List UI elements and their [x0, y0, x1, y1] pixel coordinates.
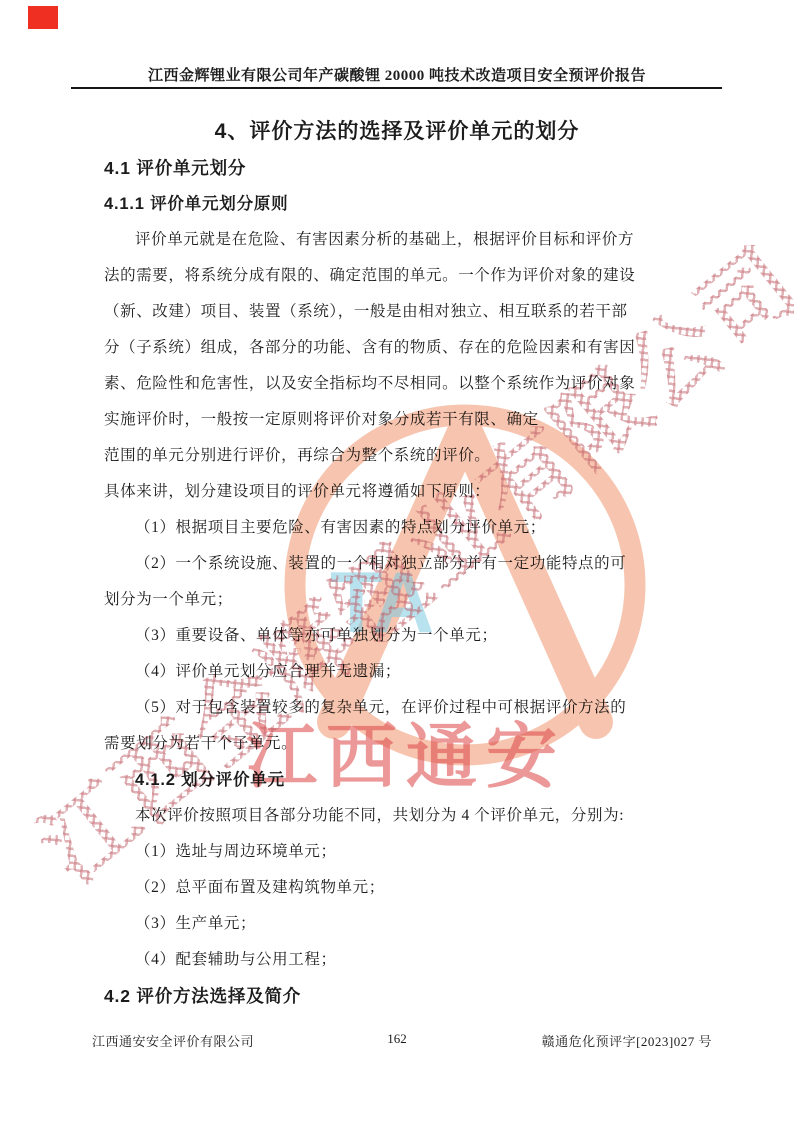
text-line: （5）对于包含装置较多的复杂单元，在评价过程中可根据评价方法的	[104, 690, 724, 726]
footer-doc-number: 赣通危化预评字[2023]027 号	[542, 1031, 712, 1050]
text-line: 划分为一个单元；	[104, 582, 724, 618]
text-line: （2）总平面布置及建构筑物单元；	[104, 870, 724, 906]
text-line: （1）根据项目主要危险、有害因素的特点划分评价单元；	[104, 510, 724, 546]
text-line: 范围的单元分别进行评价，再综合为整个系统的评价。	[104, 438, 724, 474]
text-line: 4.1.2 划分评价单元	[104, 762, 724, 798]
chapter-title: 4、评价方法的选择及评价单元的划分	[0, 115, 794, 145]
text-line: 实施评价时，一般按一定原则将评价对象分成若干有限、确定	[104, 402, 724, 438]
text-line: （3）重要设备、单体等亦可单独划分为一个单元；	[104, 618, 724, 654]
text-line: （新、改建）项目、装置（系统），一般是由相对独立、相互联系的若干部	[104, 294, 724, 330]
text-line: 4.2 评价方法选择及简介	[104, 978, 724, 1014]
header-divider	[71, 87, 722, 89]
text-line: 法的需要，将系统分成有限的、确定范围的单元。一个作为评价对象的建设	[104, 258, 724, 294]
text-line: （3）生产单元；	[104, 906, 724, 942]
text-line: （2）一个系统设施、装置的一个相对独立部分并有一定功能特点的可	[104, 546, 724, 582]
text-line: 评价单元就是在危险、有害因素分析的基础上，根据评价目标和评价方	[104, 222, 724, 258]
page-header-title: 江西金辉锂业有限公司年产碳酸锂 20000 吨技术改造项目安全预评价报告	[0, 64, 794, 85]
text-line: 分（子系统）组成，各部分的功能、含有的物质、存在的危险因素和有害因	[104, 330, 724, 366]
text-line: （4）评价单元划分应合理并无遗漏；	[104, 654, 724, 690]
corner-marker	[28, 6, 58, 29]
text-line: 本次评价按照项目各部分功能不同，共划分为 4 个评价单元，分别为:	[104, 798, 724, 834]
text-line: 4.1 评价单元划分	[104, 150, 724, 186]
text-line: 需要划分为若干个子单元。	[104, 726, 724, 762]
text-line: （1）选址与周边环境单元；	[104, 834, 724, 870]
text-line: 素、危险性和危害性，以及安全指标均不尽相同。以整个系统作为评价对象	[104, 366, 724, 402]
text-line: （4）配套辅助与公用工程；	[104, 942, 724, 978]
text-line: 具体来讲，划分建设项目的评价单元将遵循如下原则：	[104, 474, 724, 510]
text-line: 4.1.1 评价单元划分原则	[104, 186, 724, 222]
body-lines: 4.1 评价单元划分4.1.1 评价单元划分原则评价单元就是在危险、有害因素分析…	[104, 150, 724, 1014]
document-page: 江西金辉锂业有限公司年产碳酸锂 20000 吨技术改造项目安全预评价报告 4、评…	[0, 0, 794, 1123]
